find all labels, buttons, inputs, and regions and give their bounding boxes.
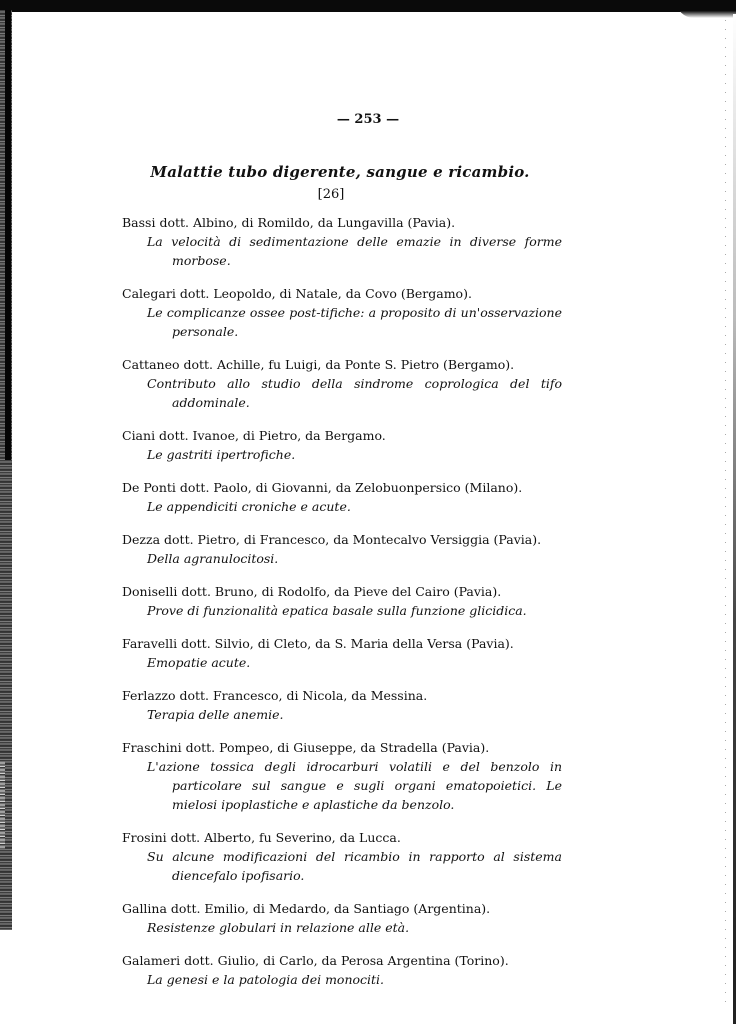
list-item: Cattaneo dott. Achille, fu Luigi, da Pon… [122,355,562,412]
scan-corner-top-right [676,0,736,18]
list-item: De Ponti dott. Paolo, di Giovanni, da Ze… [122,478,562,516]
list-item: Bassi dott. Albino, di Romildo, da Lunga… [122,213,562,270]
list-item: Gallina dott. Emilio, di Medardo, da San… [122,899,562,937]
entry-author: Faravelli dott. Silvio, di Cleto, da S. … [122,634,562,653]
book-binding-fade [0,760,5,850]
entry-author: Doniselli dott. Bruno, di Rodolfo, da Pi… [122,582,562,601]
list-item: Dezza dott. Pietro, di Francesco, da Mon… [122,530,562,568]
entry-title: Resistenze globulari in relazione alle e… [122,918,562,937]
list-item: Doniselli dott. Bruno, di Rodolfo, da Pi… [122,582,562,620]
list-item: Ciani dott. Ivanoe, di Pietro, da Bergam… [122,426,562,464]
entry-title: Della agranulocitosi. [122,549,562,568]
entry-title: Contributo allo studio della sindrome co… [122,374,562,412]
page-edge-dots [725,20,726,1010]
list-item: Frosini dott. Alberto, fu Severino, da L… [122,828,562,885]
entry-title: Le gastriti ipertrofiche. [122,445,562,464]
entry-title: Le complicanze ossee post-tifiche: a pro… [122,303,562,341]
entry-title: Su alcune modificazioni del ricambio in … [122,847,562,885]
entry-title: L'azione tossica degli idrocarburi volat… [122,757,562,814]
entry-author: Fraschini dott. Pompeo, di Giuseppe, da … [122,738,562,757]
entry-author: Ciani dott. Ivanoe, di Pietro, da Bergam… [122,426,562,445]
entry-author: Bassi dott. Albino, di Romildo, da Lunga… [122,213,562,232]
entry-title: Emopatie acute. [122,653,562,672]
scan-border-top [0,0,736,12]
entry-author: Dezza dott. Pietro, di Francesco, da Mon… [122,530,562,549]
list-item: Galameri dott. Giulio, di Carlo, da Pero… [122,951,562,989]
list-item: Calegari dott. Leopoldo, di Natale, da C… [122,284,562,341]
list-item: Fraschini dott. Pompeo, di Giuseppe, da … [122,738,562,814]
section-title: Malattie tubo digerente, sangue e ricamb… [0,163,680,181]
page-number: — 253 — [0,112,736,127]
entry-title: Le appendiciti croniche e acute. [122,497,562,516]
entry-author: Gallina dott. Emilio, di Medardo, da San… [122,899,562,918]
list-item: Ferlazzo dott. Francesco, di Nicola, da … [122,686,562,724]
entry-author: Calegari dott. Leopoldo, di Natale, da C… [122,284,562,303]
entry-title: Prove di funzionalità epatica basale sul… [122,601,562,620]
entry-author: Cattaneo dott. Achille, fu Luigi, da Pon… [122,355,562,374]
entry-title: Terapia delle anemie. [122,705,562,724]
entry-author: Frosini dott. Alberto, fu Severino, da L… [122,828,562,847]
list-item: Faravelli dott. Silvio, di Cleto, da S. … [122,634,562,672]
entry-title: La genesi e la patologia dei monociti. [122,970,562,989]
entry-author: Galameri dott. Giulio, di Carlo, da Pero… [122,951,562,970]
book-binding-core [5,10,11,460]
section-number: [26] [0,187,662,202]
entry-author: De Ponti dott. Paolo, di Giovanni, da Ze… [122,478,562,497]
entry-author: Ferlazzo dott. Francesco, di Nicola, da … [122,686,562,705]
entry-title: La velocità di sedimentazione delle emaz… [122,232,562,270]
thesis-list: Bassi dott. Albino, di Romildo, da Lunga… [122,213,562,1003]
